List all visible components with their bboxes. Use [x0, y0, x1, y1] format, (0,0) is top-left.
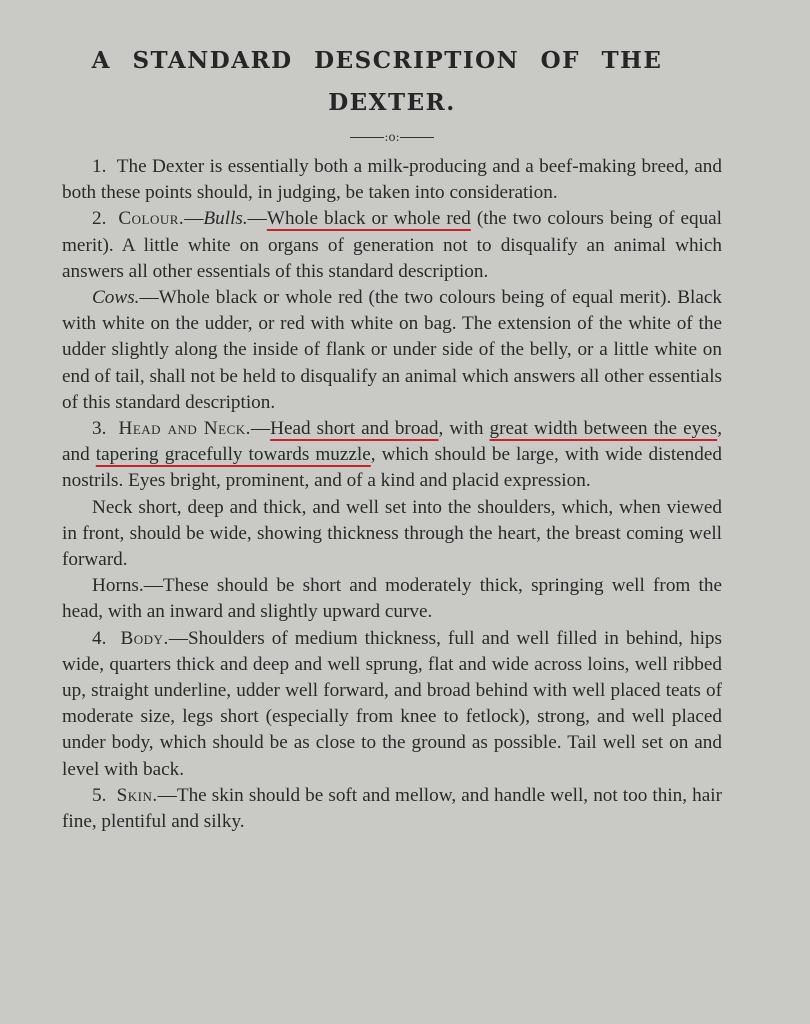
section-2-colour-bulls: 2. Colour.—Bulls.—Whole black or whole r…	[62, 206, 722, 285]
red-underline-annotation: great width between the eyes	[490, 418, 718, 439]
section-3-head-and-neck: 3. Head and Neck.—Head short and broad, …	[62, 416, 722, 495]
section-4-body: 4. Body.—Shoulders of medium thickness, …	[62, 626, 722, 783]
section-heading: Head and Neck.	[118, 418, 250, 439]
title-line-1: A STANDARD DESCRIPTION OF THE	[32, 40, 722, 82]
sub-heading: Cows.	[92, 287, 139, 308]
section-1-milk-beef: 1. The Dexter is essentially both a milk…	[62, 154, 722, 206]
section-heading: Body.	[120, 628, 168, 649]
red-underline-annotation: tapering gracefully towards muzzle	[96, 444, 371, 465]
sub-heading: Bulls.	[203, 208, 247, 229]
section-heading: Skin.	[117, 785, 158, 806]
red-underline-annotation: Whole black or whole red	[267, 208, 471, 229]
section-heading: Colour.	[118, 208, 184, 229]
section-5-skin: 5. Skin.—The skin should be soft and mel…	[62, 783, 722, 835]
page-title: A STANDARD DESCRIPTION OF THE DEXTER.	[62, 40, 722, 124]
red-underline-annotation: Head short and broad	[270, 418, 438, 439]
section-3-neck: Neck short, deep and thick, and well set…	[62, 495, 722, 574]
ornamental-divider: :o:	[62, 130, 722, 144]
title-line-2: DEXTER.	[328, 89, 456, 116]
sub-heading: Horns.	[92, 575, 144, 596]
section-2-colour-cows: Cows.—Whole black or whole red (the two …	[62, 285, 722, 416]
document-page: A STANDARD DESCRIPTION OF THE DEXTER. :o…	[62, 40, 722, 835]
section-3-horns: Horns.—These should be short and moderat…	[62, 573, 722, 625]
